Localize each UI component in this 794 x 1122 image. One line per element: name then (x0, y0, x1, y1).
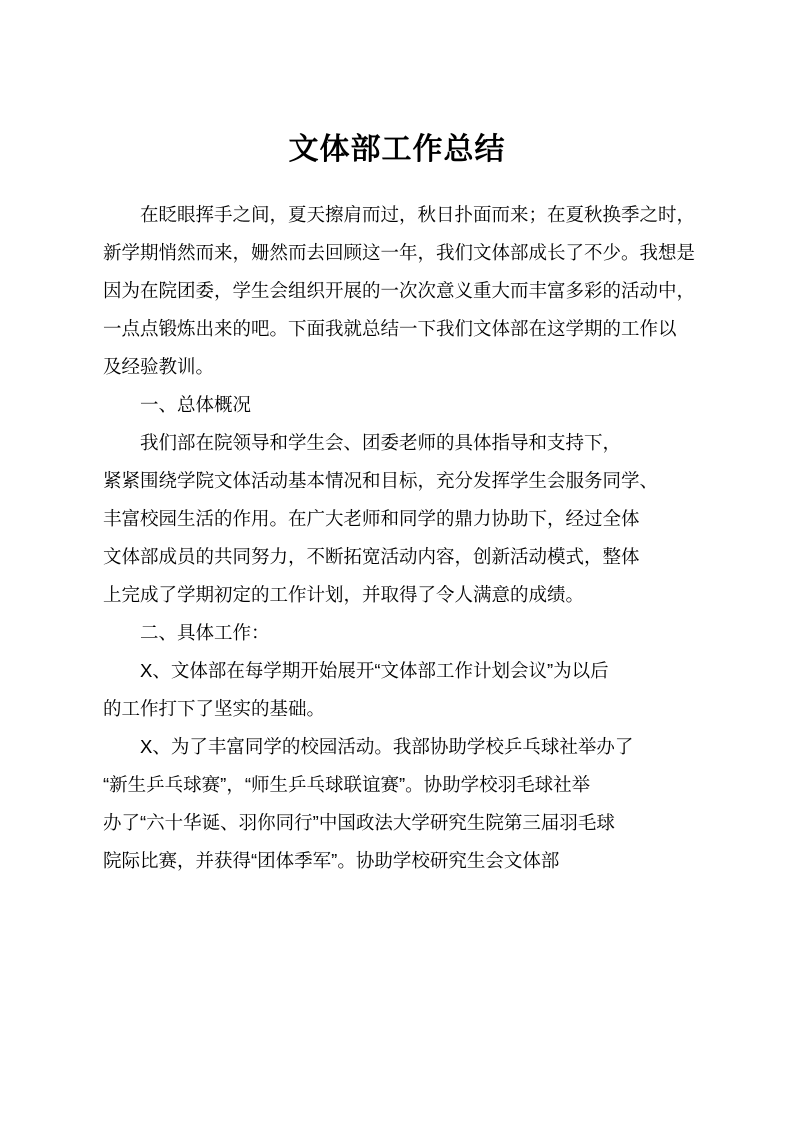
text-line: 一、总体概况 (103, 386, 691, 424)
document-title: 文体部工作总结 (103, 128, 691, 172)
text-line: 院际比赛，并获得“团体季军”。协助学校研究生会文体部 (103, 842, 691, 880)
document-page: 文体部工作总结 在眨眼挥手之间，夏天擦肩而过，秋日扑面而来；在夏秋换季之时，新学… (0, 0, 794, 1122)
work-item-2: X、为了丰富同学的校园活动。我部协助学校乒乓球社举办了“新生乒乓球赛”，“师生乒… (103, 728, 691, 880)
intro-paragraph: 在眨眼挥手之间，夏天擦肩而过，秋日扑面而来；在夏秋换季之时，新学期悄然而来，姗然… (103, 196, 691, 386)
text-line: 一点点锻炼出来的吧。下面我就总结一下我们文体部在这学期的工作以 (103, 310, 691, 348)
text-line: 文体部成员的共同努力，不断拓宽活动内容，创新活动模式，整体 (103, 538, 691, 576)
text-line: 办了“六十华诞、羽你同行”中国政法大学研究生院第三届羽毛球 (103, 804, 691, 842)
overview-paragraph: 我们部在院领导和学生会、团委老师的具体指导和支持下，紧紧围绕学院文体活动基本情况… (103, 424, 691, 614)
text-line: X、为了丰富同学的校园活动。我部协助学校乒乓球社举办了 (103, 728, 691, 766)
text-line: X、文体部在每学期开始展开“文体部工作计划会议”为以后 (103, 652, 691, 690)
section-heading-1: 一、总体概况 (103, 386, 691, 424)
text-line: 二、具体工作： (103, 614, 691, 652)
text-line: 上完成了学期初定的工作计划，并取得了令人满意的成绩。 (103, 576, 691, 614)
text-line: “新生乒乓球赛”，“师生乒乓球联谊赛”。协助学校羽毛球社举 (103, 766, 691, 804)
text-line: 我们部在院领导和学生会、团委老师的具体指导和支持下， (103, 424, 691, 462)
text-line: 在眨眼挥手之间，夏天擦肩而过，秋日扑面而来；在夏秋换季之时， (103, 196, 691, 234)
document-body: 在眨眼挥手之间，夏天擦肩而过，秋日扑面而来；在夏秋换季之时，新学期悄然而来，姗然… (103, 196, 691, 880)
text-line: 及经验教训。 (103, 348, 691, 386)
text-line: 紧紧围绕学院文体活动基本情况和目标，充分发挥学生会服务同学、 (103, 462, 691, 500)
text-line: 新学期悄然而来，姗然而去回顾这一年，我们文体部成长了不少。我想是 (103, 234, 691, 272)
section-heading-2: 二、具体工作： (103, 614, 691, 652)
text-line: 的工作打下了坚实的基础。 (103, 690, 691, 728)
work-item-1: X、文体部在每学期开始展开“文体部工作计划会议”为以后的工作打下了坚实的基础。 (103, 652, 691, 728)
text-line: 因为在院团委，学生会组织开展的一次次意义重大而丰富多彩的活动中， (103, 272, 691, 310)
text-line: 丰富校园生活的作用。在广大老师和同学的鼎力协助下，经过全体 (103, 500, 691, 538)
